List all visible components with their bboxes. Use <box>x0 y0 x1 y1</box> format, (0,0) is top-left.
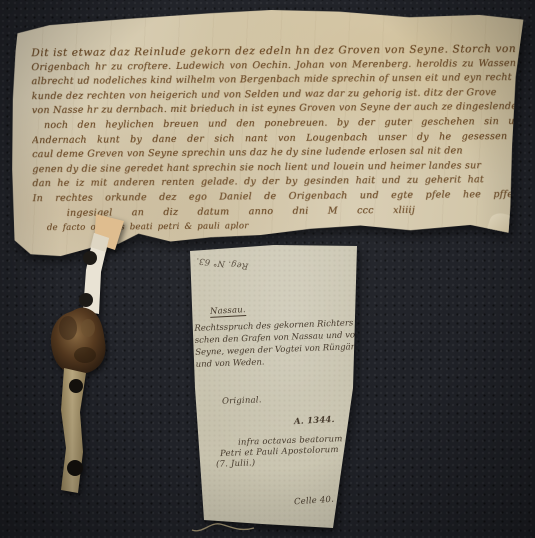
seal-assembly <box>30 200 150 500</box>
archivist-note: Reg. N° 63. Nassau. Rechtsspruch des gek… <box>182 238 364 536</box>
seal-texture <box>74 347 96 363</box>
note-paper: Reg. N° 63. Nassau. Rechtsspruch des gek… <box>182 238 364 536</box>
tag-hole <box>67 460 83 476</box>
note-heading: Nassau. <box>210 305 246 318</box>
shelfmark-upside-down: Reg. N° 63. <box>196 255 249 270</box>
year-label: A. 1344. <box>294 415 335 427</box>
tag-hole <box>83 251 97 265</box>
photo-of-charter: { "photo": { "description": "Medieval pa… <box>0 0 535 538</box>
celle-mark: Celle 40. <box>294 495 335 508</box>
seal-highlight <box>81 319 95 337</box>
date-line: (7. Julii.) <box>216 458 256 469</box>
paper-fiber <box>188 508 258 536</box>
note-body: Rechtsspruch des gekornen Richters zwi- … <box>194 317 360 371</box>
seal-texture <box>59 316 77 340</box>
original-label: Original. <box>222 395 262 406</box>
tag-hole <box>69 379 83 393</box>
tag-hole <box>79 293 93 307</box>
wax-seal <box>51 307 106 374</box>
curled-corner <box>486 210 526 243</box>
